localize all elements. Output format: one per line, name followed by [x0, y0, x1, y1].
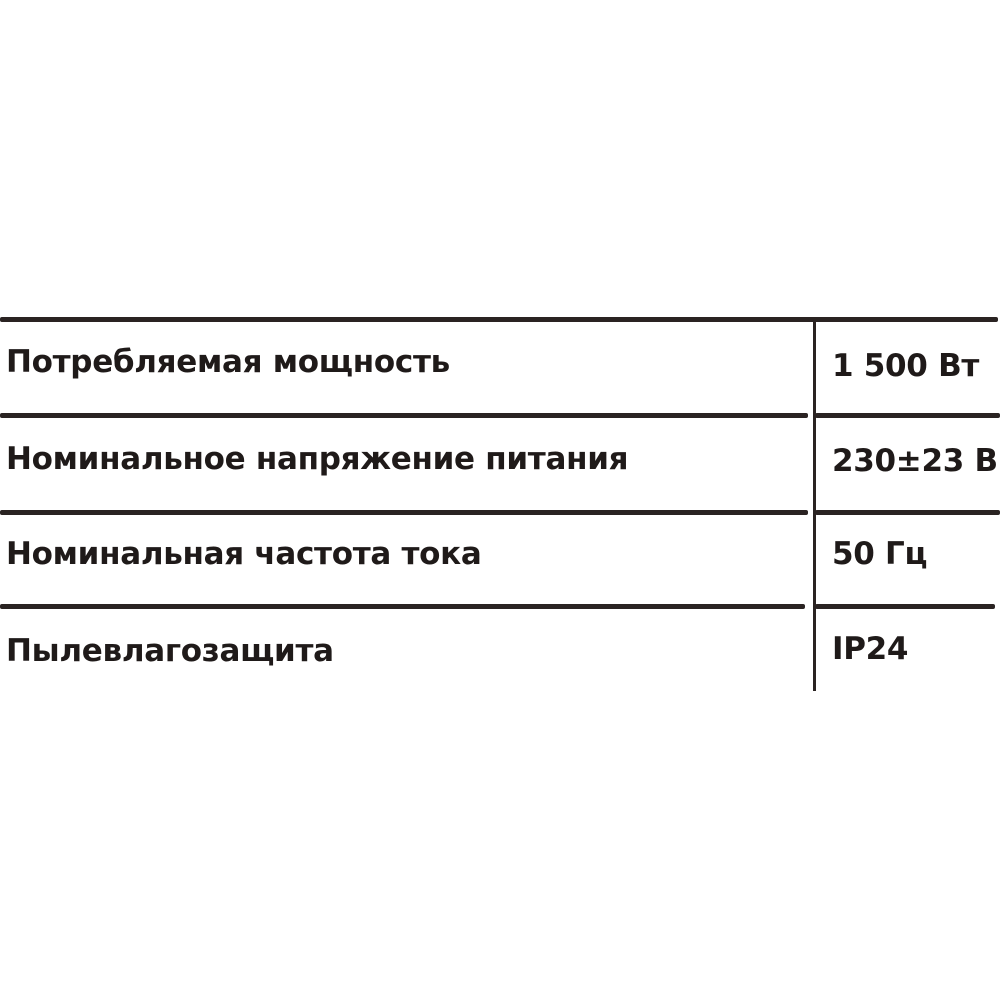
row-divider: [0, 604, 805, 609]
spec-label-voltage: Номинальное напряжение питания: [6, 444, 628, 475]
column-divider: [813, 319, 816, 691]
spec-label-power: Потребляемая мощность: [6, 347, 450, 378]
spec-value-power: 1 500 Вт: [832, 351, 979, 382]
spec-value-voltage: 230±23 В: [832, 446, 998, 477]
spec-label-ingress-protection: Пылевлагозащита: [6, 636, 334, 667]
spec-label-frequency: Номинальная частота тока: [6, 539, 482, 570]
spec-value-ingress-protection: IP24: [832, 634, 908, 665]
row-divider: [815, 510, 1000, 515]
row-divider: [815, 604, 995, 609]
row-divider: [0, 317, 998, 322]
row-divider: [0, 413, 808, 418]
spec-value-frequency: 50 Гц: [832, 539, 927, 570]
row-divider: [815, 413, 1000, 418]
row-divider: [0, 510, 808, 515]
